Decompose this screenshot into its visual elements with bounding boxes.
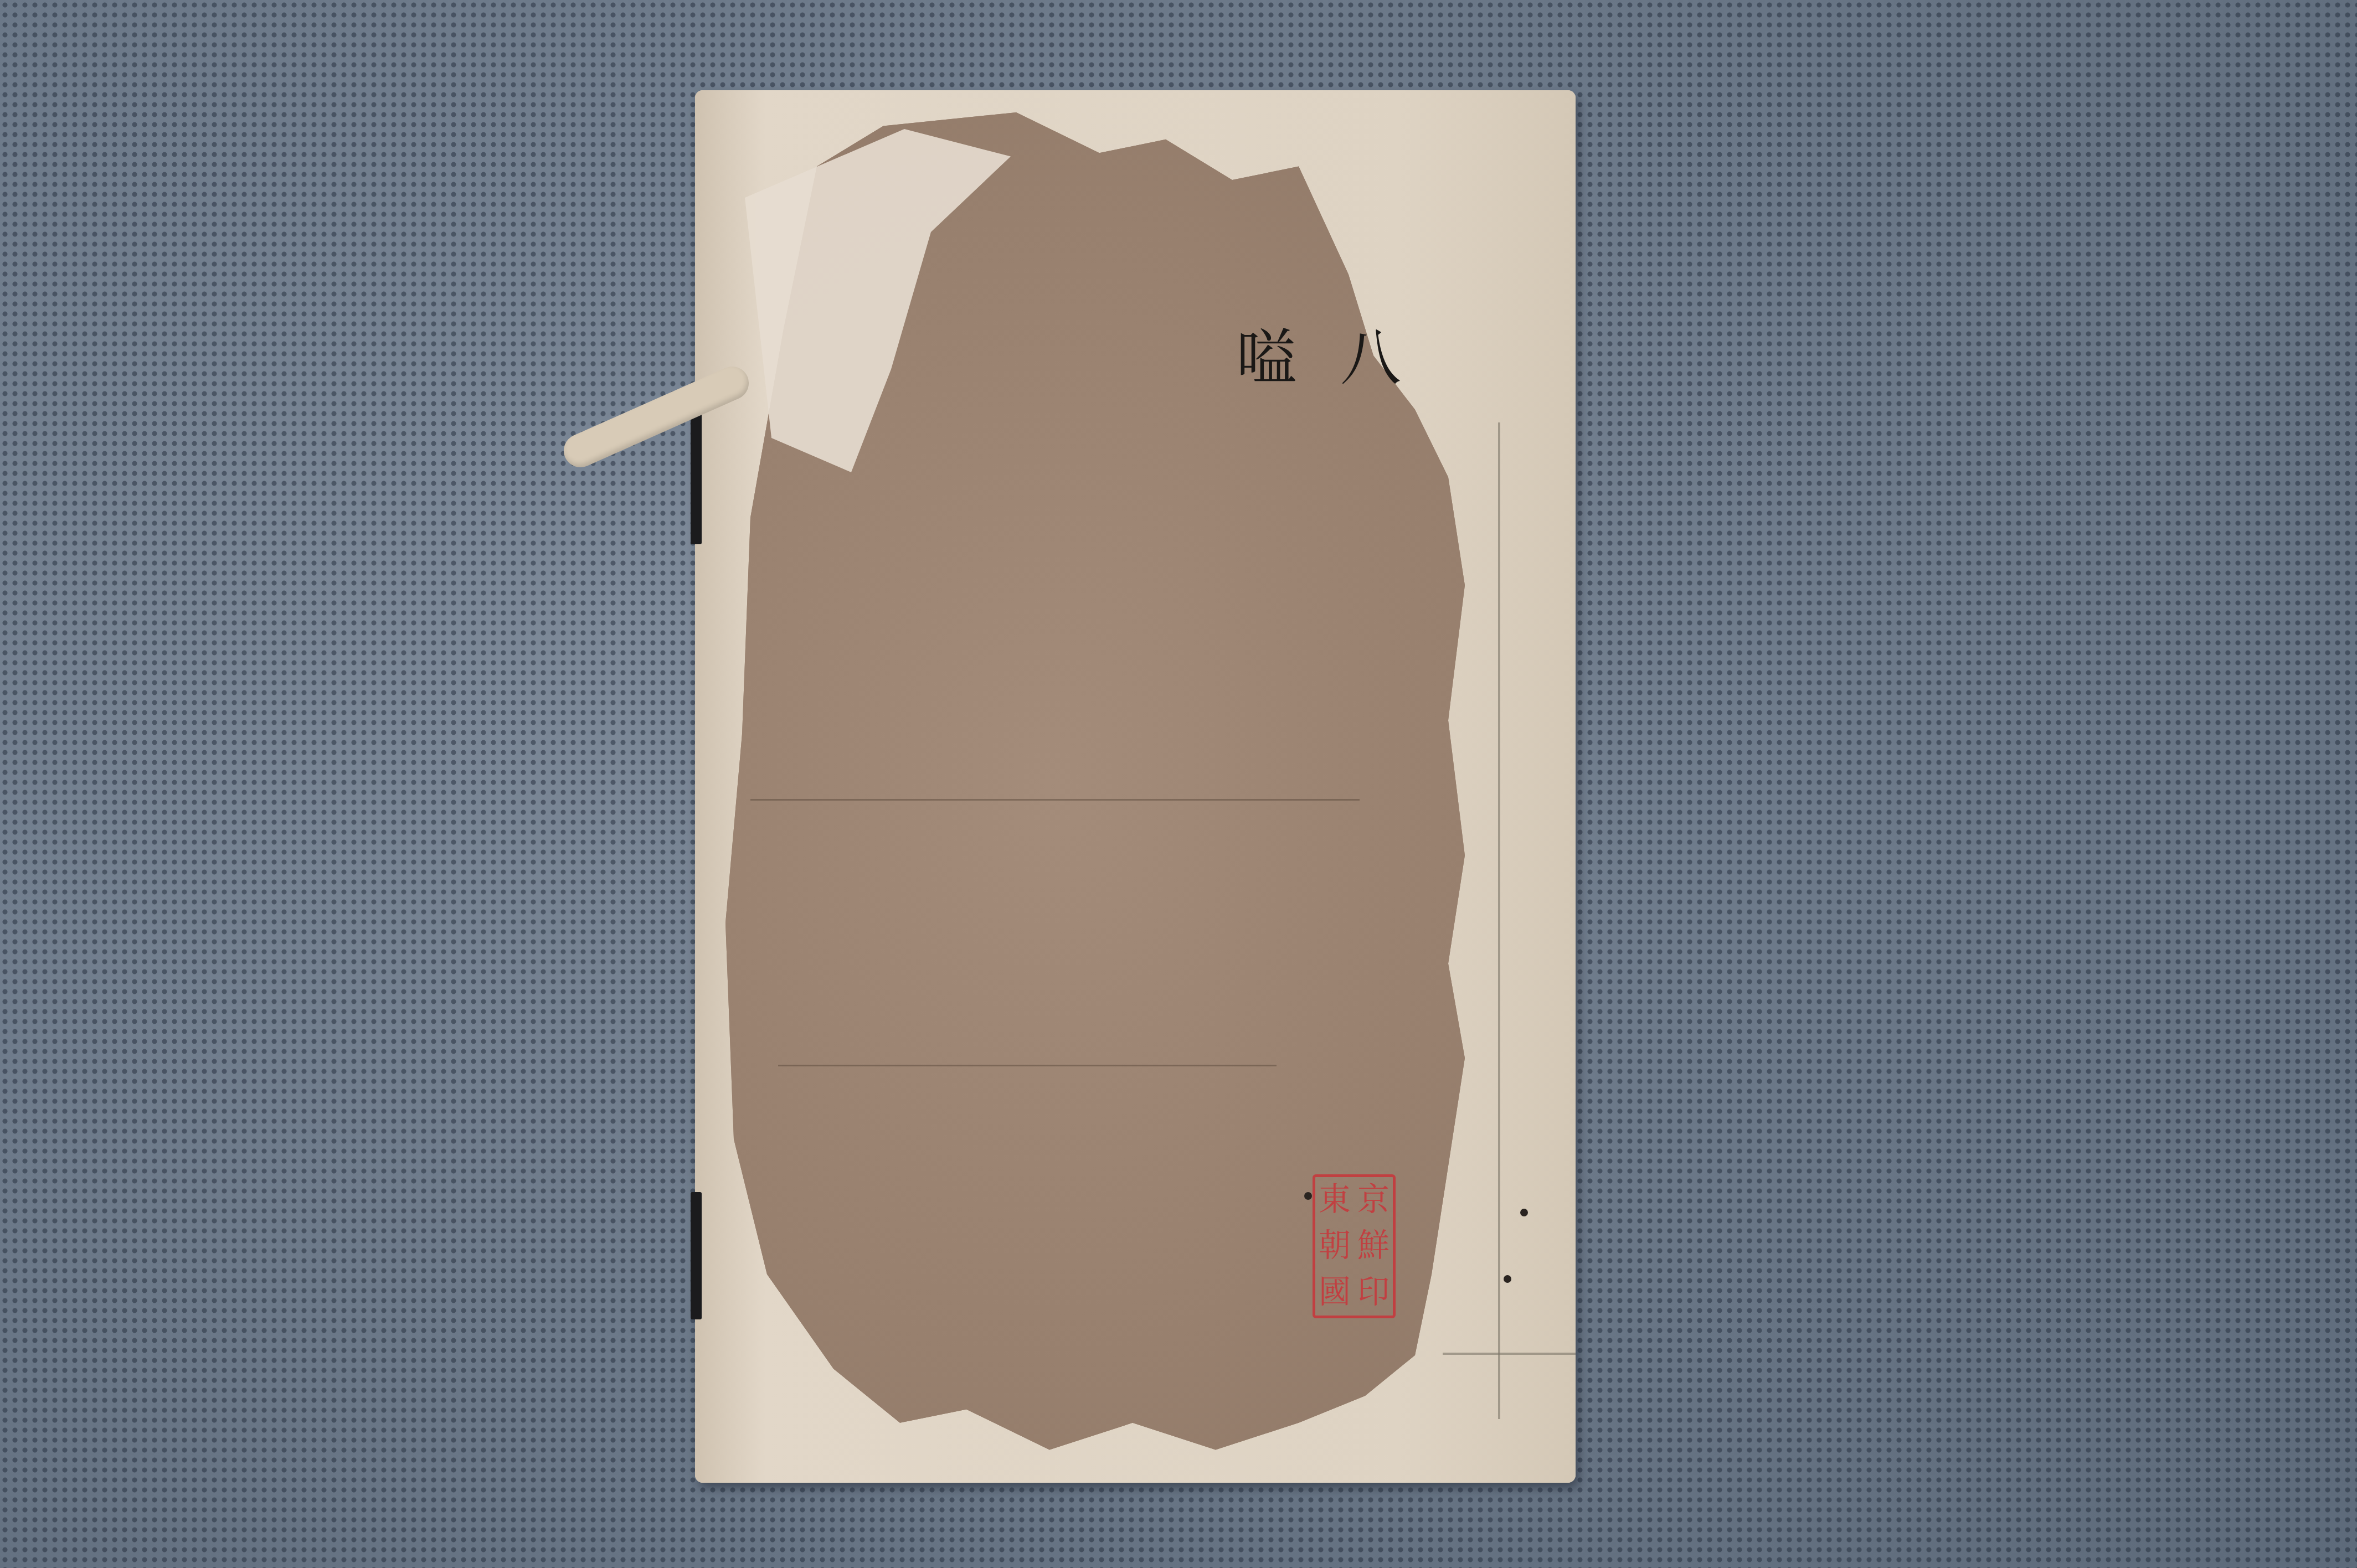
binding-thread — [1498, 422, 1500, 1419]
title-char-2: 嗌 — [1218, 326, 1305, 386]
title-inscription: 八 嗌 — [1321, 251, 1409, 461]
insect-hole — [1304, 1192, 1312, 1200]
insect-hole — [1520, 1209, 1528, 1216]
cover-crease — [778, 1065, 1277, 1066]
spine-binding-top — [691, 400, 702, 544]
spine-binding-bottom — [691, 1192, 702, 1319]
seal-glyph: 朝 — [1315, 1223, 1354, 1269]
seal-glyph: 鮮 — [1354, 1223, 1393, 1269]
seal-glyph: 國 — [1315, 1270, 1354, 1316]
binding-thread — [1443, 1353, 1576, 1355]
title-char-1: 八 — [1322, 326, 1409, 386]
seal-glyph: 京 — [1354, 1177, 1393, 1223]
red-seal-stamp: 東 京 朝 鮮 國 印 — [1313, 1174, 1396, 1318]
book: 八 嗌 東 京 朝 鮮 國 印 — [695, 90, 1576, 1483]
cover-crease — [750, 799, 1360, 801]
seal-glyph: 東 — [1315, 1177, 1354, 1223]
seal-glyph: 印 — [1354, 1270, 1393, 1316]
insect-hole — [1504, 1275, 1511, 1283]
